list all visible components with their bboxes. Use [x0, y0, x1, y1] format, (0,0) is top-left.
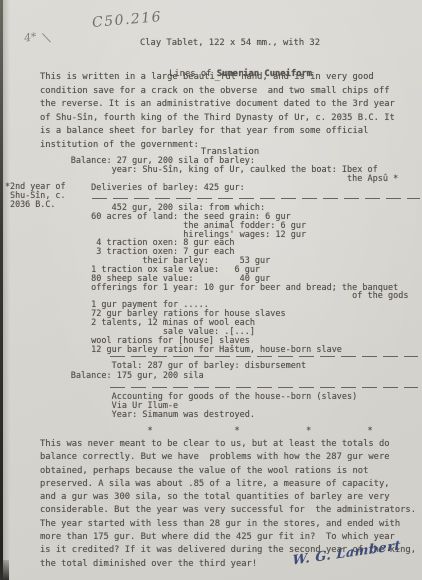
text-line: Deliveries of barley: 425 gur:	[40, 184, 398, 193]
text-line: Total: 287 gur of barley: disbursement	[40, 361, 306, 371]
text-line: obtained, perhaps because the value of t…	[40, 465, 416, 478]
text-line: The year started with less than 28 gur i…	[40, 518, 416, 531]
intro-paragraph: This is written in a large beauti_ful ha…	[40, 71, 395, 153]
typed-divider-rule-middle	[110, 356, 418, 357]
text-line: the total diminished over the third year…	[40, 558, 416, 571]
text-line: of Shu-Sîn, fourth king of the Third Dyn…	[40, 112, 395, 126]
typed-divider-rule-top	[92, 198, 420, 199]
typed-divider-rule-bottom	[110, 387, 418, 388]
handwritten-accession-number: C50.216	[91, 9, 162, 31]
scan-edge-shadow	[3, 0, 10, 580]
text-line: preserved. A sila was about .85 of a lit…	[40, 478, 416, 491]
corner-mark-text: 4*	[23, 30, 37, 45]
scan-corner-smudge	[0, 560, 9, 580]
text-line: more than 175 gur. But where did the 425…	[40, 531, 416, 544]
scanned-typescript-page: C50.216 4* Clay Tablet, 122 x 54 mm., wi…	[0, 0, 422, 580]
text-line: is a balance sheet for barley for that y…	[40, 125, 395, 139]
text-line: Balance: 175 gur, 200 sila	[40, 371, 306, 381]
text-line: This was never meant to be clear to us, …	[40, 438, 416, 451]
text-line: the reverse. It is an administrative doc…	[40, 98, 395, 112]
text-line: Year: Simanum was destroyed.	[40, 411, 357, 420]
text-line: balance correctly. But we have problems …	[40, 451, 416, 464]
translation-detail-block: 452 gur, 200 sila: from which: 60 acres …	[40, 204, 408, 354]
document-title-line1: Clay Tablet, 122 x 54 mm., with 32	[40, 38, 420, 48]
translation-opening-block: Balance: 27 gur, 200 sila of barley: yea…	[40, 157, 398, 193]
text-line: condition save for a crack on the obvers…	[40, 85, 395, 99]
asterisk-separator-row: * * * *	[40, 426, 373, 436]
text-line: This is written in a large beauti_ful ha…	[40, 71, 395, 85]
text-line: considerable. But the year was very succ…	[40, 504, 416, 517]
text-line: and a gur was 300 sila, so the total qua…	[40, 491, 416, 504]
text-line: 12 gur barley ration for Haštum, house-b…	[40, 346, 408, 355]
translation-colophon-block: Accounting for goods of the house--born …	[40, 393, 357, 420]
translation-totals-block: Total: 287 gur of barley: disbursement B…	[40, 361, 306, 381]
